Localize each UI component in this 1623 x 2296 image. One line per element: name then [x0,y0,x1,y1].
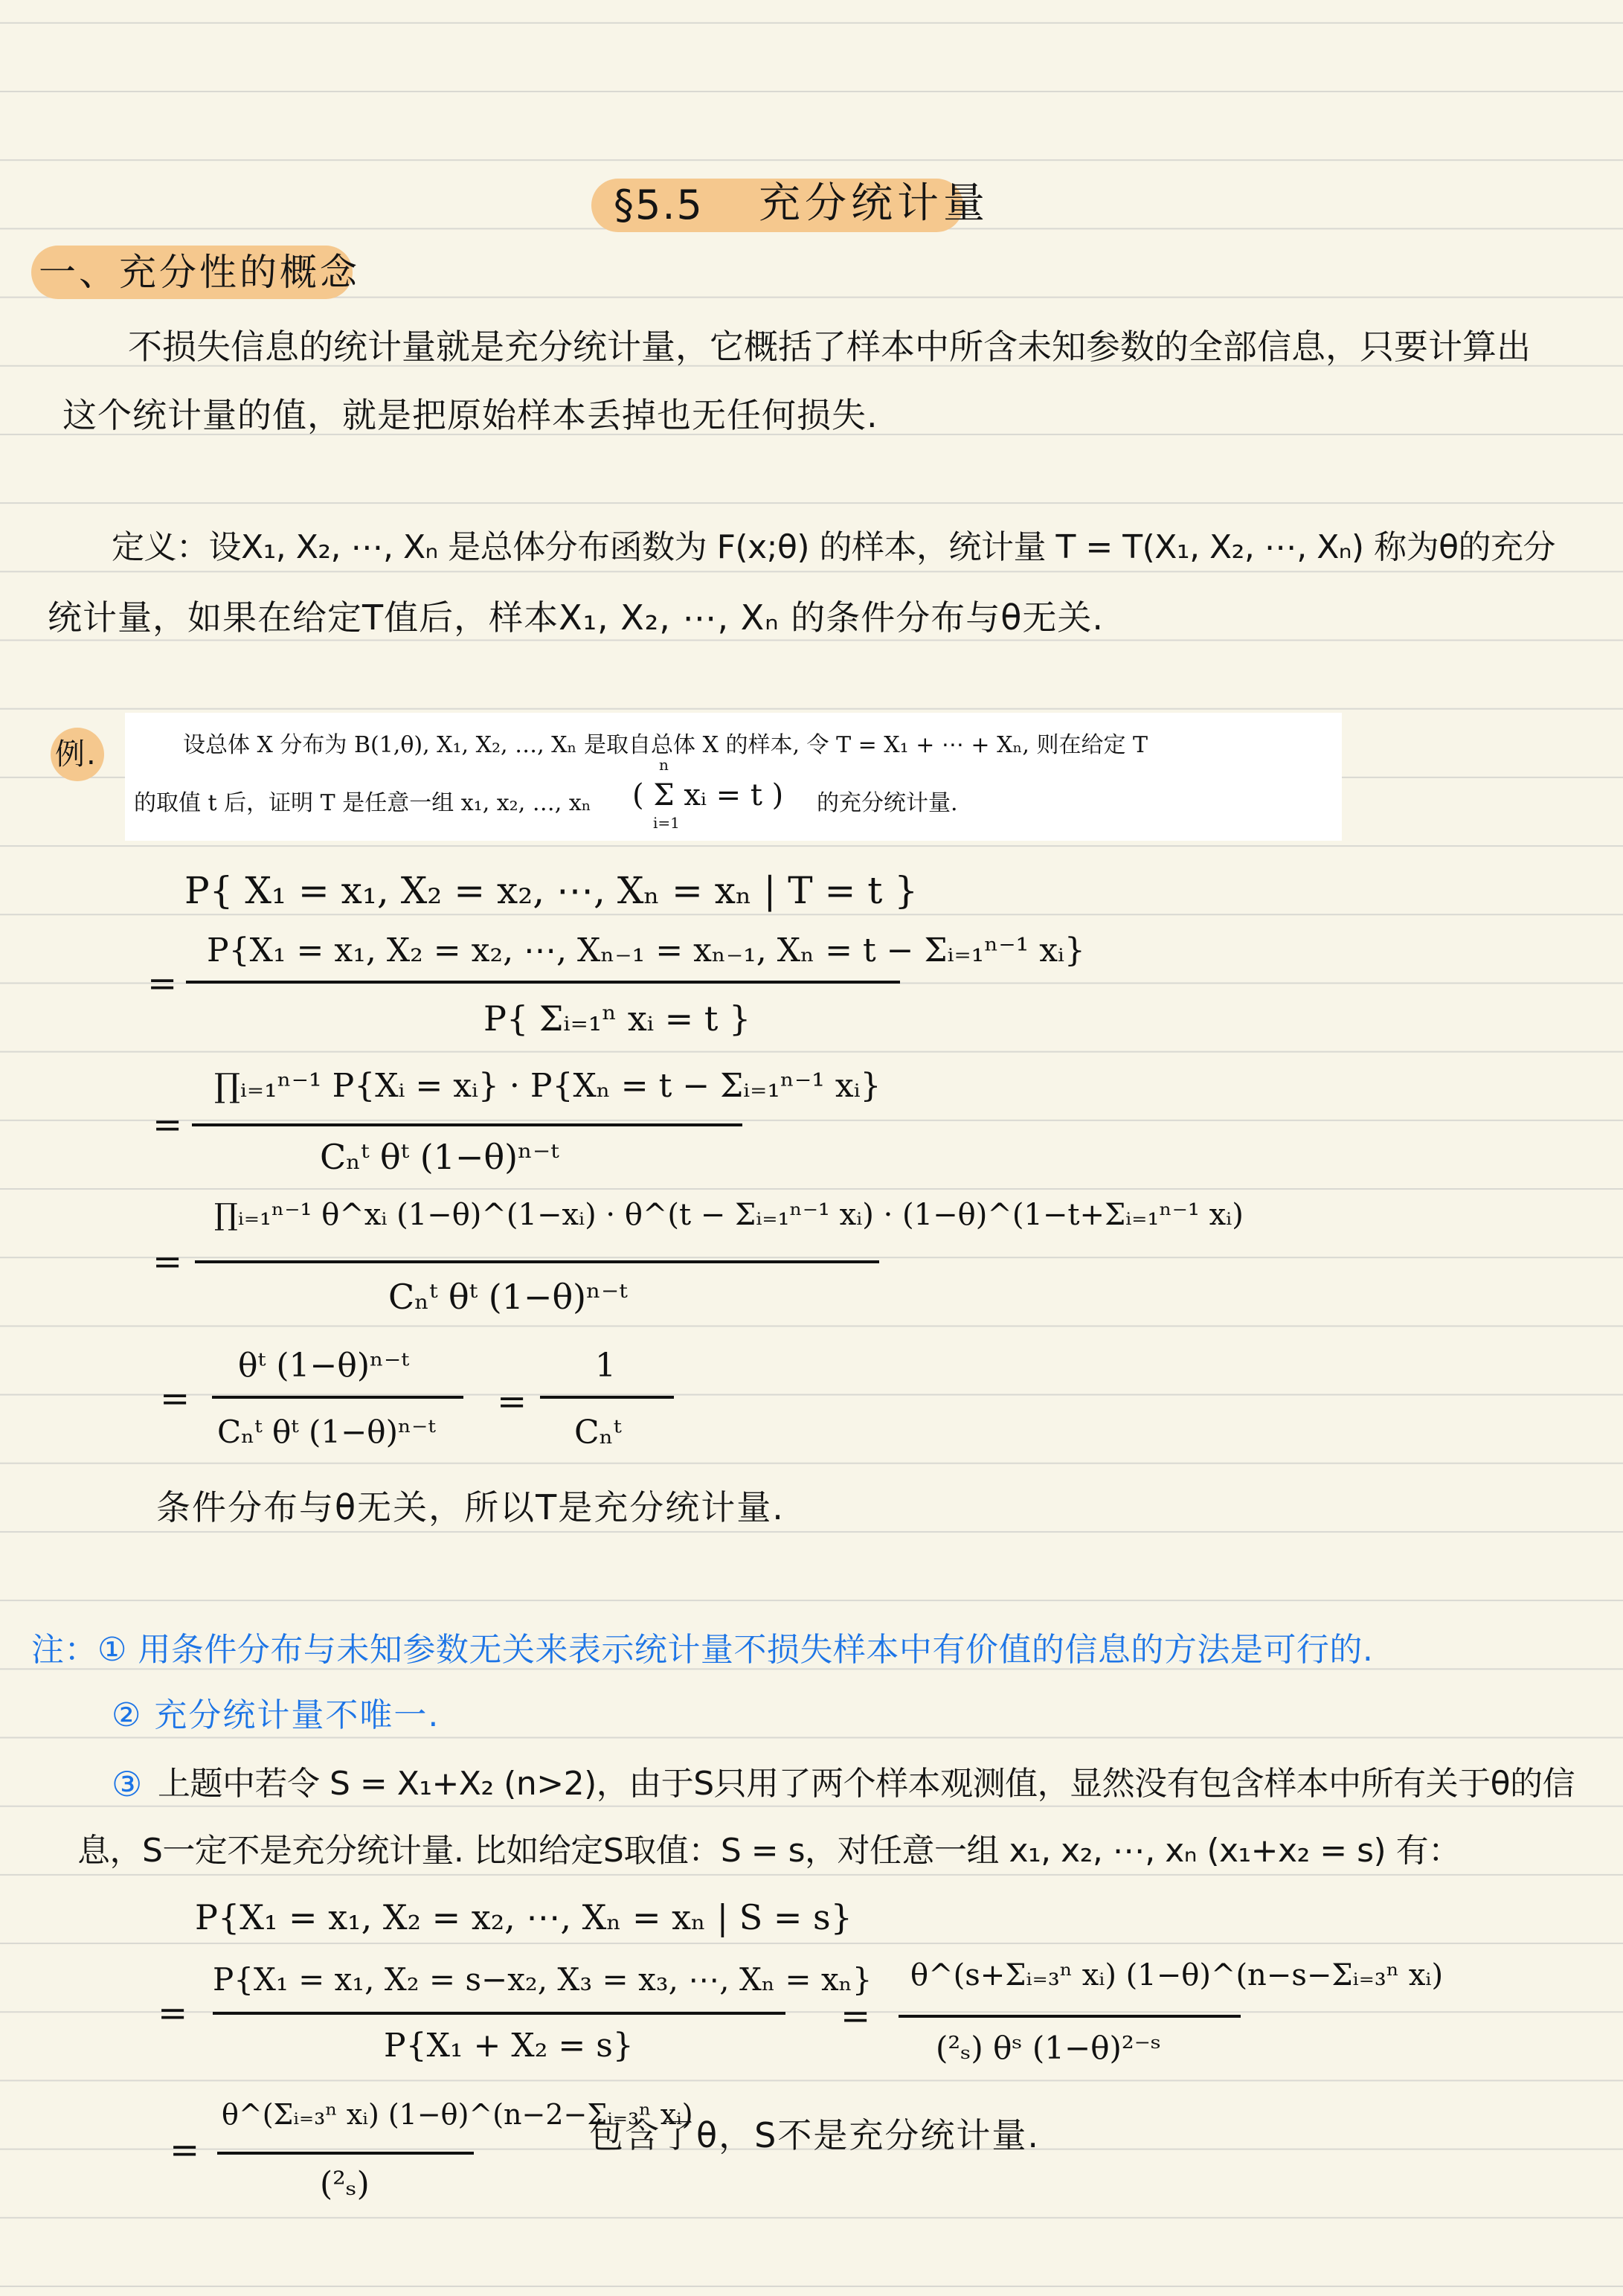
note-2: ② 充分统计量不唯一. [112,1693,440,1738]
fraction-bar [192,1123,742,1126]
proof-eq2-denominator: Cₙᵗ θᵗ (1−θ)ⁿ⁻ᵗ [320,1137,559,1177]
equals-sign: = [152,1241,182,1283]
fraction-bar [212,1396,463,1399]
example-sum: ( Σ xᵢ = t ) [632,778,783,812]
note-3-line-2: 息，S一定不是充分统计量. 比如给定S取值：S = s，对任意一组 x₁, x₂… [77,1829,1461,1873]
fraction-bar [195,1260,879,1263]
definition-line-2: 统计量，如果在给定T值后，样本X₁, X₂, ⋯, Xₙ 的条件分布与θ无关. [48,595,1104,640]
proof-eq4-numerator: θᵗ (1−θ)ⁿ⁻ᵗ [238,1347,409,1385]
equals-sign: = [170,2129,199,2171]
equals-sign: = [160,1378,190,1420]
proof-eq4-denominator: Cₙᵗ θᵗ (1−θ)ⁿ⁻ᵗ [217,1414,436,1450]
section-number: §5.5 [614,183,704,228]
counter-eq2-denominator: (²ₛ) θˢ (1−θ)²⁻ˢ [936,2030,1161,2066]
equals-sign: = [158,1992,187,2034]
intro-line-1: 不损失信息的统计量就是充分统计量，它概括了样本中所含未知参数的全部信息，只要计算… [128,324,1531,369]
section-heading: 一、充分性的概念 [39,250,360,295]
fraction-bar [213,2012,785,2015]
counter-eq3-denominator: (²ₛ) [320,2165,370,2203]
proof-eq2-numerator: ∏ᵢ₌₁ⁿ⁻¹ P{Xᵢ = xᵢ} · P{Xₙ = t − Σᵢ₌₁ⁿ⁻¹ … [214,1067,881,1105]
fraction-bar [186,981,900,984]
equals-sign: = [497,1381,527,1423]
proof-eq0: P{ X₁ = x₁, X₂ = x₂, ⋯, Xₙ = xₙ | T = t … [184,869,918,912]
example-sum-bottom: i=1 [653,814,680,832]
note-3-marker: ③ [112,1762,144,1806]
intro-line-2: 这个统计量的值，就是把原始样本丢掉也无任何损失. [62,393,878,437]
counter-eq2-numerator: θ^(s+Σᵢ₌₃ⁿ xᵢ) (1−θ)^(n−s−Σᵢ₌₃ⁿ xᵢ) [910,1958,1443,1992]
fraction-bar [540,1396,674,1399]
page-title: 充分统计量 [759,182,989,226]
counter-conclusion: 包含了θ，S不是充分统计量. [589,2113,1040,2158]
note-3-line-1: 上题中若令 S = X₁+X₂ (n>2)，由于S只用了两个样本观测值，显然没有… [158,1762,1575,1806]
example-problem-box: 设总体 X 分布为 B(1,θ), X₁, X₂, …, Xₙ 是取自总体 X … [125,713,1342,841]
example-sum-top: n [659,756,669,774]
fraction-bar [217,2152,474,2155]
proof-conclusion: 条件分布与θ无关，所以T是充分统计量. [156,1485,785,1530]
counter-eq1-numerator: P{X₁ = x₁, X₂ = s−x₂, X₃ = x₃, ⋯, Xₙ = x… [213,1961,872,1998]
proof-eq3-numerator: ∏ᵢ₌₁ⁿ⁻¹ θ^xᵢ (1−θ)^(1−xᵢ) · θ^(t − Σᵢ₌₁ⁿ… [214,1198,1244,1232]
counter-eq1-denominator: P{X₁ + X₂ = s} [384,2027,634,2065]
example-line-2-post: 的充分统计量. [817,784,958,817]
proof-eq1-denominator: P{ Σᵢ₌₁ⁿ xᵢ = t } [483,998,751,1039]
proof-eq5-numerator: 1 [595,1347,616,1385]
example-line-1: 设总体 X 分布为 B(1,θ), X₁, X₂, …, Xₙ 是取自总体 X … [183,726,1148,759]
equals-sign: = [147,963,177,1004]
proof-eq1-numerator: P{X₁ = x₁, X₂ = x₂, ⋯, Xₙ₋₁ = xₙ₋₁, Xₙ =… [207,931,1085,969]
note-1: 注：① 用条件分布与未知参数无关来表示统计量不损失样本中有价值的信息的方法是可行… [31,1628,1373,1673]
definition-line-1: 定义：设X₁, X₂, ⋯, Xₙ 是总体分布函数为 F(x;θ) 的样本，统计… [112,525,1555,570]
equals-sign: = [841,1995,870,2037]
example-badge: 例. [55,732,97,777]
proof-eq5-denominator: Cₙᵗ [574,1414,622,1452]
fraction-bar [899,2015,1241,2018]
equals-sign: = [152,1104,182,1146]
proof-eq3-denominator: Cₙᵗ θᵗ (1−θ)ⁿ⁻ᵗ [388,1277,628,1317]
counter-eq0: P{X₁ = x₁, X₂ = x₂, ⋯, Xₙ = xₙ | S = s} [195,1897,852,1937]
example-line-2-pre: 的取值 t 后，证明 T 是任意一组 x₁, x₂, …, xₙ [134,784,591,817]
